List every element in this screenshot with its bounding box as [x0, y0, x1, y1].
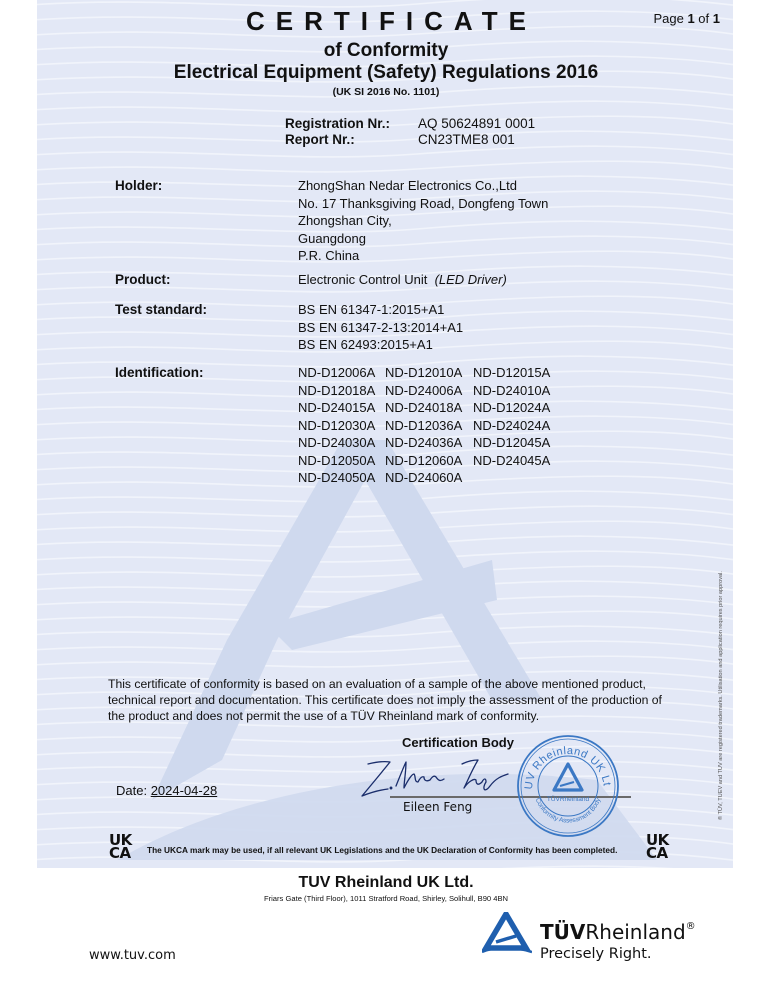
model-number: ND-D24010A [473, 382, 561, 400]
tuv-rheinland-triangle-logo-icon [482, 912, 532, 954]
test-standard-list: BS EN 61347-1:2015+A1 BS EN 61347-2-13:2… [298, 301, 463, 354]
model-number: ND-D12024A [473, 399, 561, 417]
regulation-title: Electrical Equipment (Safety) Regulation… [0, 62, 772, 84]
signer-name: Eileen Feng [403, 800, 472, 814]
svg-text:TUV Rheinland UK Ltd.: TUV Rheinland UK Ltd. [516, 734, 613, 790]
product-type: (LED Driver) [435, 272, 507, 287]
page-of: of [698, 11, 709, 26]
ukca-note: The UKCA mark may be used, if all releva… [147, 845, 617, 855]
product-label: Product: [115, 272, 171, 287]
svg-text:TÜVRheinland: TÜVRheinland [547, 795, 590, 803]
model-number: ND-D24006A [385, 382, 473, 400]
product-name: Electronic Control Unit [298, 272, 427, 287]
model-number: ND-D24030A [298, 434, 385, 452]
certification-body-label: Certification Body [402, 735, 514, 750]
page-number: Page 1 of 1 [653, 11, 720, 26]
model-number: ND-D12045A [473, 434, 561, 452]
stamp-tuv-triangle-icon [554, 764, 582, 790]
test-standard-item: BS EN 61347-2-13:2014+A1 [298, 319, 463, 337]
holder-line: Guangdong [298, 230, 548, 248]
holder-address: ZhongShan Nedar Electronics Co.,Ltd No. … [298, 177, 548, 265]
certificate-subtitle: of Conformity [0, 40, 772, 62]
brand-name-regular: Rheinland [585, 920, 685, 944]
model-number: ND-D24050A [298, 469, 385, 487]
test-standard-label: Test standard: [115, 302, 207, 317]
issuer-company: TUV Rheinland UK Ltd. [0, 874, 772, 892]
model-number: ND-D24024A [473, 417, 561, 435]
ukca-mark-icon: UK CA [109, 834, 132, 860]
signature-image [358, 752, 518, 800]
test-standard-item: BS EN 62493:2015+A1 [298, 336, 463, 354]
model-number: ND-D24018A [385, 399, 473, 417]
model-number: ND-D12030A [298, 417, 385, 435]
website-link[interactable]: www.tuv.com [89, 948, 176, 963]
report-value: CN23TME8 001 [418, 132, 515, 147]
brand-name-bold: TÜV [540, 920, 585, 944]
registered-mark: ® [686, 921, 696, 932]
ukca-mark-icon: UK CA [646, 834, 669, 860]
holder-line: P.R. China [298, 247, 548, 265]
registration-value: AQ 50624891 0001 [418, 116, 535, 131]
model-number: ND-D12050A [298, 452, 385, 470]
si-reference: (UK SI 2016 No. 1101) [0, 86, 772, 98]
identification-label: Identification: [115, 365, 204, 380]
model-number: ND-D12015A [473, 364, 561, 382]
holder-line: No. 17 Thanksgiving Road, Dongfeng Town [298, 195, 548, 213]
model-number: ND-D24036A [385, 434, 473, 452]
brand-tagline: Precisely Right. [540, 946, 652, 962]
holder-line: ZhongShan Nedar Electronics Co.,Ltd [298, 177, 548, 195]
brand-name: TÜVRheinland® [540, 920, 696, 944]
registration-label: Registration Nr.: [285, 116, 390, 131]
model-number: ND-D12036A [385, 417, 473, 435]
model-number: ND-D12010A [385, 364, 473, 382]
ukca-mark-line2: CA [109, 847, 132, 860]
product-value: Electronic Control Unit (LED Driver) [298, 271, 507, 289]
ukca-mark-line2: CA [646, 847, 669, 860]
disclaimer-text: This certificate of conformity is based … [108, 676, 668, 724]
date-label: Date: [116, 783, 147, 798]
page-current: 1 [687, 11, 694, 26]
model-number: ND-D12006A [298, 364, 385, 382]
model-number: ND-D12060A [385, 452, 473, 470]
holder-line: Zhongshan City, [298, 212, 548, 230]
model-number: ND-D24060A [385, 469, 473, 487]
report-label: Report Nr.: [285, 132, 355, 147]
model-number: ND-D24015A [298, 399, 385, 417]
page-total: 1 [713, 11, 720, 26]
holder-label: Holder: [115, 178, 162, 193]
page-label: Page [653, 11, 683, 26]
model-number: ND-D24045A [473, 452, 561, 470]
identification-models: ND-D12006AND-D12010AND-D12015AND-D12018A… [298, 364, 561, 487]
trademark-side-note: ® TÜV, TUEV and TUV are registered trade… [718, 571, 724, 820]
issuer-address: Friars Gate (Third Floor), 1011 Stratfor… [0, 894, 772, 903]
model-number: ND-D12018A [298, 382, 385, 400]
certification-stamp-seal: TUV Rheinland UK Ltd. Conformity Assessm… [516, 734, 620, 838]
date-value: 2024-04-28 [151, 783, 218, 798]
test-standard-item: BS EN 61347-1:2015+A1 [298, 301, 463, 319]
issue-date: Date: 2024-04-28 [116, 783, 217, 798]
